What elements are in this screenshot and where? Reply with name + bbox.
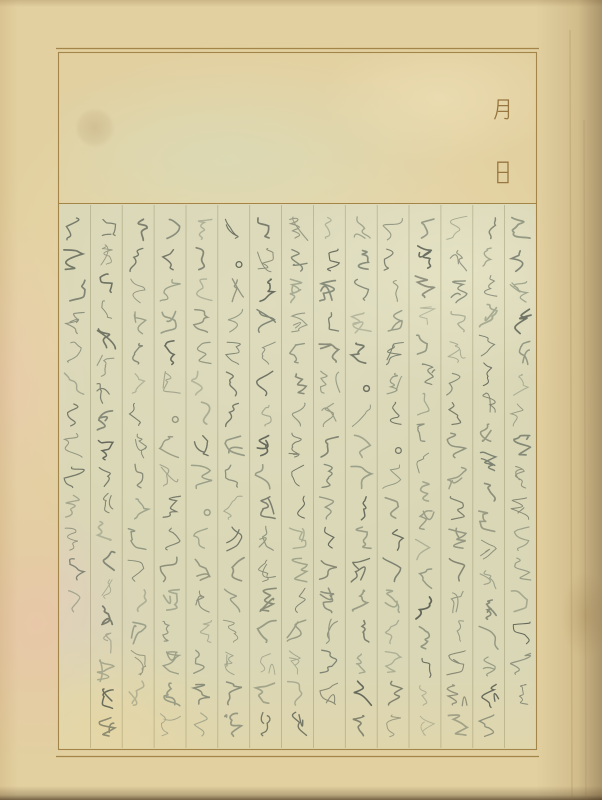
handwritten-character: [104, 633, 111, 653]
handwritten-character: [357, 654, 365, 673]
handwritten-character: [129, 681, 144, 705]
handwritten-character: [67, 342, 81, 362]
handwritten-character: [417, 424, 425, 441]
handwritten-character: [66, 495, 80, 517]
scanned-page: 月 日: [0, 0, 602, 800]
handwritten-character: [192, 371, 202, 394]
handwritten-character: [510, 282, 527, 302]
handwritten-character: [102, 580, 112, 599]
handwritten-character: [320, 281, 335, 301]
handwritten-character: [232, 558, 244, 581]
handwritten-character: [420, 716, 434, 735]
handwritten-character: [160, 465, 178, 486]
handwritten-character: [289, 651, 300, 674]
handwritten-character: [483, 248, 491, 266]
handwritten-character: [383, 558, 401, 582]
manuscript-column: [510, 218, 531, 705]
handwritten-character: [194, 529, 207, 549]
handwritten-character: [131, 651, 145, 675]
handwritten-character: [481, 452, 496, 470]
handwritten-character: [447, 433, 465, 457]
handwritten-character: [172, 417, 178, 423]
manuscript-column: [447, 216, 468, 735]
handwritten-character: [396, 448, 402, 454]
handwritten-character: [225, 436, 244, 455]
manuscript-column: [255, 218, 276, 736]
handwritten-character: [483, 393, 495, 412]
handwritten-character: [97, 355, 114, 376]
handwritten-character: [100, 274, 112, 292]
handwritten-character: [352, 313, 371, 333]
handwritten-character: [329, 313, 339, 331]
handwritten-character: [320, 650, 336, 673]
handwritten-character: [515, 466, 525, 488]
handwritten-character: [164, 683, 180, 705]
handwritten-character: [354, 681, 372, 705]
handwritten-character: [418, 393, 429, 414]
handwritten-character: [226, 403, 239, 426]
handwritten-character: [260, 654, 274, 675]
handwritten-character: [450, 497, 464, 520]
handwritten-character: [236, 262, 242, 268]
handwritten-character: [514, 435, 530, 454]
handwritten-character: [298, 496, 305, 518]
handwritten-character: [451, 312, 465, 332]
handwritten-character: [351, 559, 369, 582]
handwritten-character: [163, 652, 179, 674]
handwritten-character: [103, 552, 114, 571]
handwritten-character: [421, 482, 430, 501]
handwritten-character: [388, 311, 402, 331]
handwritten-character: [415, 276, 434, 297]
handwritten-character: [292, 465, 304, 486]
manuscript-column: [383, 219, 404, 737]
handwritten-character: [385, 652, 401, 673]
manuscript-column: [287, 217, 308, 735]
handwritten-character: [511, 404, 523, 426]
handwritten-character: [385, 620, 398, 643]
handwritten-character: [387, 715, 401, 737]
handwritten-character: [479, 715, 494, 736]
handwritten-character: [160, 280, 180, 301]
handwritten-character: [325, 218, 331, 239]
handwritten-character: [422, 659, 431, 678]
handwritten-character: [511, 498, 529, 519]
handwritten-character: [393, 281, 398, 302]
handwritten-character: [225, 465, 237, 487]
handwritten-character: [387, 343, 404, 365]
handwritten-character: [449, 403, 461, 425]
handwritten-character: [447, 468, 466, 489]
handwritten-character: [137, 590, 146, 611]
handwritten-character: [292, 712, 306, 735]
handwritten-character: [484, 276, 496, 297]
handwritten-character: [483, 657, 495, 676]
handwritten-character: [99, 468, 110, 487]
handwritten-character: [228, 310, 243, 333]
handwritten-character: [101, 245, 113, 265]
handwritten-character: [295, 374, 306, 394]
handwritten-character: [479, 335, 494, 356]
handwritten-character: [223, 620, 237, 642]
handwritten-character: [447, 216, 467, 239]
handwritten-character: [422, 219, 434, 238]
handwritten-character: [164, 590, 180, 611]
handwritten-character: [325, 527, 334, 548]
manuscript-column: [351, 217, 371, 736]
handwritten-character: [255, 465, 269, 489]
handwritten-character: [292, 558, 307, 581]
handwritten-character: [383, 219, 402, 240]
handwritten-character: [227, 682, 242, 705]
handwritten-character: [102, 220, 115, 236]
manuscript-column: [64, 218, 85, 612]
handwritten-character: [513, 622, 530, 644]
handwritten-character: [198, 219, 211, 239]
handwritten-character: [451, 591, 463, 612]
manuscript-column: [97, 220, 116, 737]
handwritten-character: [163, 496, 180, 517]
handwritten-character: [200, 621, 211, 643]
handwritten-character: [197, 279, 212, 300]
manuscript-overlay: [0, 0, 602, 800]
handwritten-character: [135, 499, 149, 519]
handwritten-character: [204, 510, 210, 516]
handwritten-character: [515, 309, 531, 333]
handwritten-character: [355, 279, 369, 300]
handwritten-character: [104, 493, 113, 512]
handwritten-character: [290, 279, 302, 302]
handwritten-character: [320, 497, 334, 519]
handwritten-character: [192, 465, 213, 488]
handwritten-character: [98, 329, 116, 349]
handwritten-character: [65, 528, 78, 550]
handwritten-character: [420, 685, 427, 705]
handwritten-character: [132, 374, 144, 393]
handwritten-character: [102, 606, 112, 624]
handwritten-character: [385, 590, 399, 612]
handwritten-character: [261, 497, 275, 519]
handwritten-character: [320, 561, 337, 579]
handwritten-character: [225, 652, 234, 675]
handwritten-character: [163, 621, 169, 641]
handwritten-character: [384, 249, 393, 270]
handwritten-character: [447, 651, 465, 675]
handwritten-character: [227, 372, 237, 396]
handwritten-character: [70, 559, 84, 580]
handwritten-character: [102, 301, 112, 318]
handwritten-character: [292, 313, 307, 332]
handwritten-character: [224, 496, 242, 519]
handwritten-character: [136, 434, 147, 458]
handwritten-character: [352, 405, 370, 427]
handwritten-character: [287, 620, 306, 641]
handwritten-character: [97, 660, 114, 682]
handwritten-character: [65, 373, 84, 394]
handwritten-character: [258, 218, 269, 238]
handwritten-character: [64, 467, 84, 487]
manuscript-column: [160, 219, 181, 735]
handwritten-character: [167, 219, 180, 238]
handwritten-character: [389, 681, 402, 705]
handwritten-character: [257, 436, 268, 456]
handwritten-character: [258, 560, 275, 581]
handwritten-character: [320, 683, 338, 704]
handwritten-character: [288, 682, 302, 706]
handwritten-character: [457, 621, 463, 641]
handwritten-character: [449, 342, 466, 363]
handwritten-character: [361, 497, 366, 520]
handwritten-character: [161, 312, 176, 334]
handwritten-character: [450, 251, 466, 271]
handwritten-character: [447, 373, 460, 395]
handwritten-character: [387, 373, 402, 393]
handwritten-character: [359, 251, 369, 270]
handwritten-character: [261, 713, 270, 736]
handwritten-character: [259, 526, 273, 550]
handwritten-character: [353, 590, 368, 611]
manuscript-column: [415, 219, 434, 735]
manuscript-column: [479, 218, 499, 737]
handwritten-character: [194, 650, 204, 673]
handwritten-character: [447, 685, 467, 706]
handwritten-character: [353, 716, 364, 736]
handwritten-character: [258, 621, 276, 643]
handwritten-character: [420, 307, 435, 325]
handwritten-character: [480, 571, 496, 589]
handwritten-character: [321, 371, 340, 393]
handwritten-character: [354, 217, 370, 238]
handwritten-character: [225, 713, 242, 736]
handwritten-character: [514, 374, 528, 395]
handwritten-character: [202, 402, 210, 424]
handwritten-character: [486, 600, 496, 619]
handwritten-character: [130, 403, 141, 425]
handwritten-character: [489, 218, 495, 239]
handwritten-character: [481, 424, 491, 441]
manuscript-column: [319, 218, 340, 705]
handwritten-character: [418, 246, 432, 268]
handwritten-character: [512, 251, 523, 271]
handwritten-character: [161, 714, 181, 736]
handwritten-character: [133, 344, 143, 364]
handwritten-character: [448, 715, 467, 735]
handwritten-character: [328, 249, 340, 271]
handwritten-character: [131, 279, 145, 303]
handwritten-character: [290, 217, 308, 240]
handwritten-character: [166, 528, 180, 550]
handwritten-character: [326, 619, 337, 643]
handwritten-character: [165, 341, 174, 365]
handwritten-character: [134, 312, 145, 334]
handwritten-character: [291, 250, 307, 272]
handwritten-character: [511, 591, 527, 612]
handwritten-character: [262, 406, 271, 427]
handwritten-character: [197, 342, 211, 363]
handwritten-character: [138, 219, 147, 240]
handwritten-character: [416, 597, 431, 619]
handwritten-character: [292, 403, 305, 426]
handwritten-character: [510, 653, 530, 674]
handwritten-character: [479, 511, 495, 531]
handwritten-character: [70, 280, 85, 301]
handwritten-character: [163, 372, 180, 394]
handwritten-character: [390, 402, 401, 424]
handwritten-character: [97, 384, 109, 404]
column-rule-lines: [90, 205, 504, 748]
handwritten-character: [226, 342, 241, 364]
handwritten-character: [449, 559, 464, 581]
handwritten-character: [483, 363, 491, 386]
handwritten-character: [260, 279, 274, 301]
handwritten-character: [362, 621, 369, 642]
manuscript-column: [128, 219, 149, 705]
handwritten-character: [194, 684, 210, 704]
handwritten-character: [320, 588, 333, 612]
handwritten-character: [128, 560, 144, 581]
handwritten-character: [451, 281, 467, 303]
handwritten-character: [417, 335, 428, 354]
handwritten-character: [351, 466, 371, 488]
handwritten-character: [481, 540, 497, 559]
handwritten-character: [383, 465, 401, 489]
handwritten-character: [321, 437, 338, 457]
handwritten-character: [98, 441, 113, 460]
handwritten-character: [485, 483, 496, 501]
handwritten-character: [364, 386, 370, 392]
handwritten-character: [416, 539, 430, 559]
handwritten-character: [196, 591, 209, 612]
handwritten-character: [352, 343, 366, 363]
handwritten-character: [160, 437, 179, 458]
handwritten-character: [420, 569, 432, 588]
manuscript-column: [192, 219, 213, 736]
handwritten-character: [290, 528, 306, 548]
handwritten-character: [132, 622, 146, 643]
manuscript-column: [223, 219, 244, 736]
handwritten-character: [135, 464, 143, 488]
handwritten-character: [194, 713, 207, 736]
handwritten-character: [514, 527, 529, 550]
handwritten-character: [417, 453, 429, 473]
handwritten-character: [66, 218, 78, 240]
handwritten-character: [260, 588, 276, 611]
handwritten-character: [449, 528, 466, 548]
handwritten-character: [64, 250, 83, 270]
handwritten-character: [102, 689, 113, 708]
handwritten-character: [128, 529, 146, 550]
handwritten-character: [69, 591, 80, 612]
handwritten-character: [66, 312, 84, 333]
handwritten-character: [355, 435, 371, 457]
handwritten-character: [160, 557, 177, 581]
handwritten-character: [289, 433, 301, 457]
handwritten-character: [194, 310, 208, 333]
handwritten-character: [257, 371, 273, 395]
handwritten-character: [319, 344, 338, 362]
handwritten-character: [196, 248, 204, 270]
handwritten-character: [99, 718, 115, 736]
handwritten-character: [262, 342, 275, 364]
handwritten-character: [227, 527, 242, 551]
handwritten-character: [130, 248, 143, 271]
handwritten-character: [258, 249, 274, 272]
handwritten-character: [356, 527, 371, 548]
handwritten-character: [322, 464, 332, 487]
handwritten-character: [480, 305, 497, 327]
handwritten-character: [98, 522, 111, 540]
handwritten-character: [392, 530, 403, 551]
handwritten-character: [97, 411, 112, 430]
handwritten-character: [519, 341, 529, 364]
handwritten-character: [482, 684, 499, 707]
handwritten-character: [232, 279, 243, 302]
handwritten-character: [520, 684, 528, 704]
handwritten-character: [65, 434, 83, 458]
handwritten-character: [195, 559, 210, 580]
handwritten-character: [195, 436, 209, 456]
handwritten-character: [422, 364, 434, 384]
handwritten-character: [479, 626, 498, 649]
handwritten-character: [257, 310, 275, 333]
handwritten-character: [322, 403, 336, 426]
handwritten-character: [290, 344, 305, 363]
handwritten-character: [295, 588, 305, 612]
handwritten-character: [420, 511, 434, 529]
handwritten-character: [163, 250, 174, 270]
handwritten-character: [419, 627, 429, 649]
handwritten-character: [225, 589, 240, 612]
handwritten-character: [385, 498, 398, 518]
handwritten-character: [256, 683, 275, 703]
handwritten-character: [515, 558, 531, 580]
handwritten-character: [225, 219, 238, 238]
handwritten-character: [68, 404, 78, 426]
handwritten-character: [512, 218, 530, 239]
